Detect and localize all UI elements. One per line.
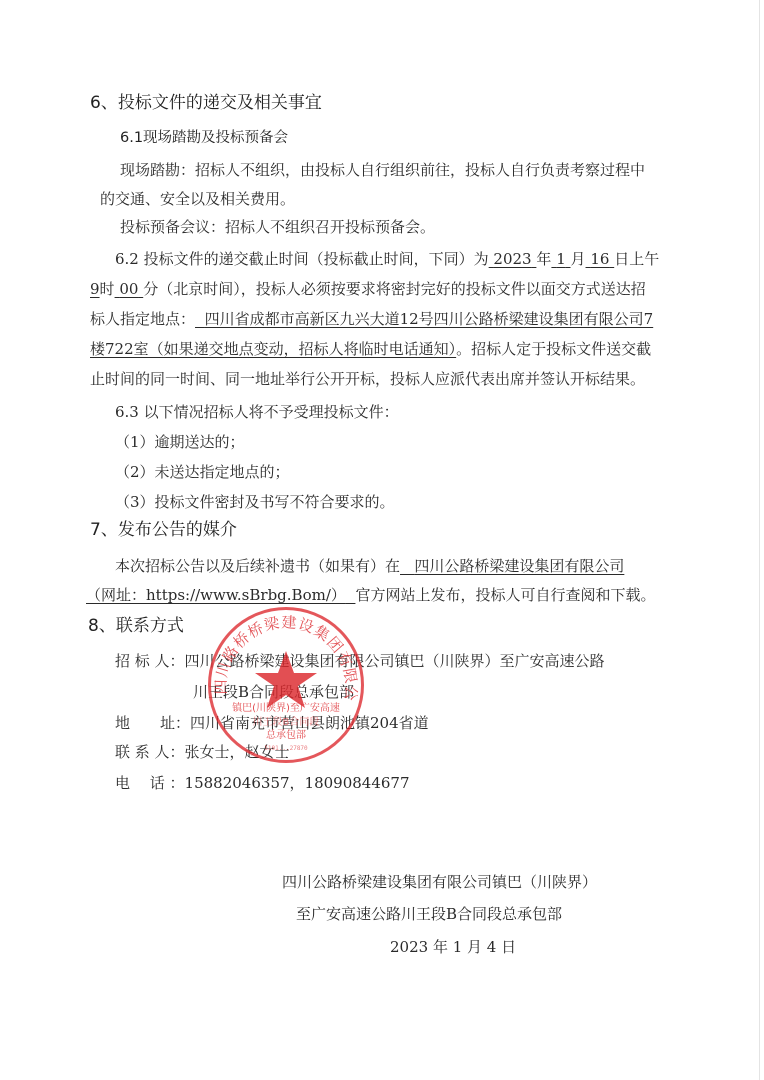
rejection-item-2: （2）未送达指定地点的； <box>115 462 290 482</box>
deadline-hour: 9 <box>90 280 100 298</box>
publisher-org: 四川公路桥梁建设集团有限公司 <box>400 557 624 575</box>
tenderer-label: 招 标 人： <box>115 652 185 670</box>
section-6-3-title: 6.3 以下情况招标人将不予受理投标文件： <box>115 402 399 422</box>
contact-label: 联 系 人： <box>115 743 185 761</box>
address-label: 地 址： <box>115 714 190 732</box>
contact-value: 张女士，赵女士 <box>185 743 290 761</box>
section-6-2-line3: 标人指定地点： 四川省成都市高新区九兴大道12号四川公路桥梁建设集团有限公司7 <box>90 309 653 329</box>
section-6-2-line2: 9时 00 分（北京时间），投标人必须按要求将密封完好的投标文件以面交方式送达招 <box>90 279 646 299</box>
deadline-minute: 00 <box>115 280 144 298</box>
section-8-heading: 8、联系方式 <box>88 616 184 636</box>
deadline-details: 分（北京时间），投标人必须按要求将密封完好的投标文件以面交方式送达招 <box>143 280 646 298</box>
tenderer-row: 招 标 人：四川公路桥梁建设集团有限公司镇巴（川陕界）至广安高速公路 <box>115 651 605 671</box>
section-6-2-line5: 止时间的同一时间、同一地址举行公开开标，投标人应派代表出席并签认开标结果。 <box>90 369 645 389</box>
publication-intro: 本次招标公告以及后续补遗书（如果有）在 <box>115 557 400 575</box>
signature-date: 2023 年 1 月 4 日 <box>390 937 516 957</box>
deadline-month: 1 <box>551 250 570 268</box>
section-7-line1: 本次招标公告以及后续补遗书（如果有）在 四川公路桥梁建设集团有限公司 <box>115 556 624 576</box>
signature-org-line1: 四川公路桥梁建设集团有限公司镇巴（川陕界） <box>282 872 597 892</box>
phone-row: 电 话 ：15882046357，18090844677 <box>115 773 410 793</box>
section-6-2-line4: 楼722室（如果递交地点变动，招标人将临时电话通知）。招标人定于投标文件送交截 <box>90 339 651 359</box>
signature-org-line2: 至广安高速公路川王段B合同段总承包部 <box>296 904 562 924</box>
year-label: 年 <box>536 250 551 268</box>
hour-label: 时 <box>100 280 115 298</box>
contact-row: 联 系 人：张女士，赵女士 <box>115 742 290 762</box>
section-6-1-title: 6.1现场踏勘及投标预备会 <box>120 128 288 148</box>
submission-address-cont: 楼722室（如果递交地点变动，招标人将临时电话通知） <box>90 340 456 358</box>
address-value: 四川省南充市营山县朗池镇204省道 <box>190 714 429 732</box>
month-label: 月 <box>571 250 586 268</box>
deadline-year: 2023 <box>489 250 537 268</box>
publication-note: 官方网站上发布，投标人可自行查阅和下载。 <box>355 586 655 604</box>
tenderer-name: 四川公路桥梁建设集团有限公司镇巴（川陕界）至广安高速公路 <box>185 652 605 670</box>
deadline-day: 16 <box>586 250 615 268</box>
rejection-item-1: （1）逾期送达的； <box>115 432 245 452</box>
submission-address: 四川省成都市高新区九兴大道12号四川公路桥梁建设集团有限公司7 <box>195 310 653 328</box>
day-label: 日上午 <box>614 250 659 268</box>
section-6-heading: 6、投标文件的递交及相关事宜 <box>90 93 322 113</box>
phone-label: 电 话 ： <box>115 774 185 792</box>
phone-value: 15882046357，18090844677 <box>185 774 410 792</box>
site-visit-paragraph-line2: 的交通、安全以及相关费用。 <box>100 189 295 209</box>
deadline-intro: 6.2 投标文件的递交截止时间（投标截止时间，下同）为 <box>115 250 489 268</box>
scan-edge-line <box>759 0 760 1080</box>
publisher-website-link[interactable]: （网址：https://www.sBrbg.Bom/） <box>86 586 355 604</box>
section-6-2-line1: 6.2 投标文件的递交截止时间（投标截止时间，下同）为 2023 年 1 月 1… <box>115 249 659 269</box>
document-page: 6、投标文件的递交及相关事宜 6.1现场踏勘及投标预备会 现场踏勘：招标人不组织… <box>0 0 764 1080</box>
tenderer-name-cont: 川王段B合同段总承包部 <box>193 682 354 702</box>
site-visit-paragraph-line1: 现场踏勘：招标人不组织，由投标人自行组织前往，投标人自行负责考察过程中 <box>120 160 645 180</box>
location-label: 标人指定地点： <box>90 310 195 328</box>
pre-bid-meeting-paragraph: 投标预备会议：招标人不组织召开投标预备会。 <box>120 217 435 237</box>
section-7-heading: 7、发布公告的媒介 <box>90 520 237 540</box>
rejection-item-3: （3）投标文件密封及书写不符合要求的。 <box>115 492 395 512</box>
address-row: 地 址：四川省南充市营山县朗池镇204省道 <box>115 713 429 733</box>
opening-note: 。招标人定于投标文件送交截 <box>456 340 651 358</box>
section-7-line2: （网址：https://www.sBrbg.Bom/） 官方网站上发布，投标人可… <box>86 585 655 605</box>
